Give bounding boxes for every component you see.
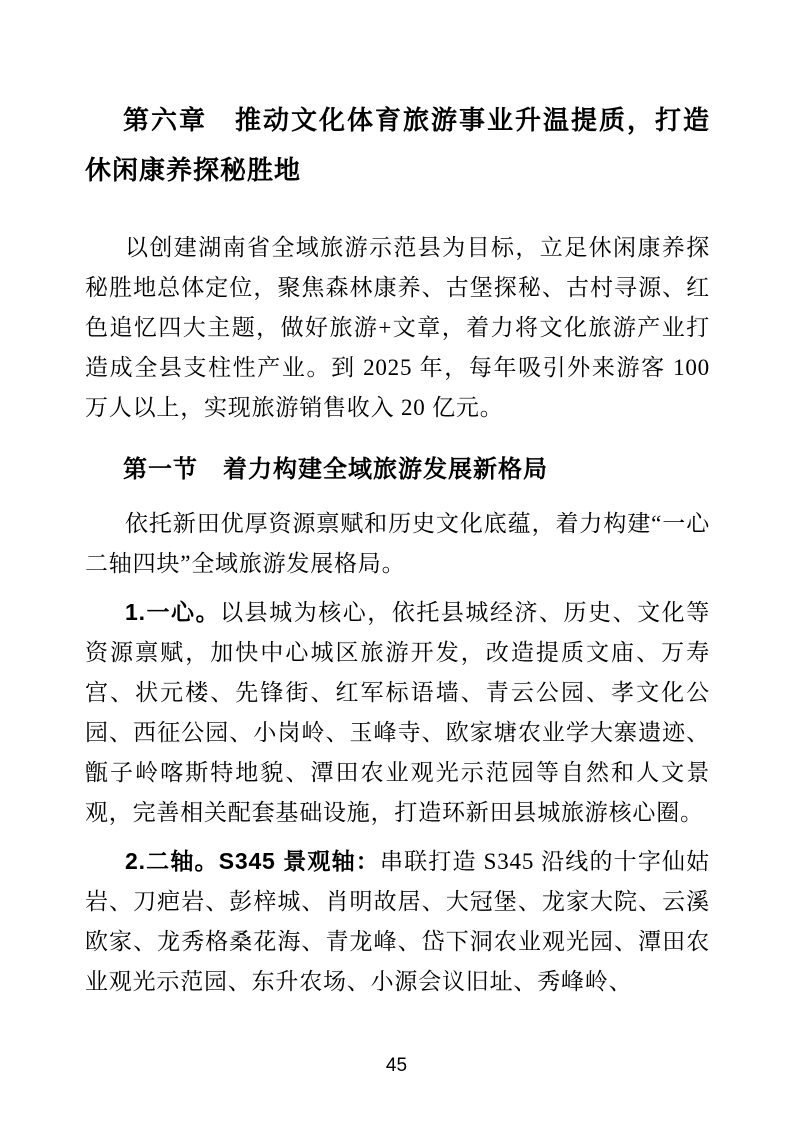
list-item-two-axes: 2.二轴。S345 景观轴：串联打造 S345 沿线的十字仙姑岩、刀疤岩、彭梓城… — [85, 841, 710, 1002]
section-heading: 第一节 着力构建全域旅游发展新格局 — [85, 450, 710, 490]
list-item-one-core: 1.一心。以县城为核心，依托县城经济、历史、文化等资源禀赋，加快中心城区旅游开发… — [85, 592, 710, 833]
section-lead-paragraph: 依托新田优厚资源禀赋和历史文化底蕴，着力构建“一心二轴四块”全域旅游发展格局。 — [85, 504, 710, 584]
intro-paragraph: 以创建湖南省全域旅游示范县为目标，立足休闲康养探秘胜地总体定位，聚焦森林康养、古… — [85, 228, 710, 428]
item-label-one-core: 1.一心。 — [125, 599, 220, 625]
chapter-heading: 第六章 推动文化体育旅游事业升温提质，打造休闲康养探秘胜地 — [85, 95, 710, 195]
item-label-two-axes: 2.二轴。S345 景观轴： — [125, 848, 380, 874]
item-text-one-core: 以县城为核心，依托县城经济、历史、文化等资源禀赋，加快中心城区旅游开发，改造提质… — [85, 600, 710, 825]
page-number: 45 — [0, 1055, 793, 1077]
document-page: 第六章 推动文化体育旅游事业升温提质，打造休闲康养探秘胜地 以创建湖南省全域旅游… — [0, 0, 793, 1122]
